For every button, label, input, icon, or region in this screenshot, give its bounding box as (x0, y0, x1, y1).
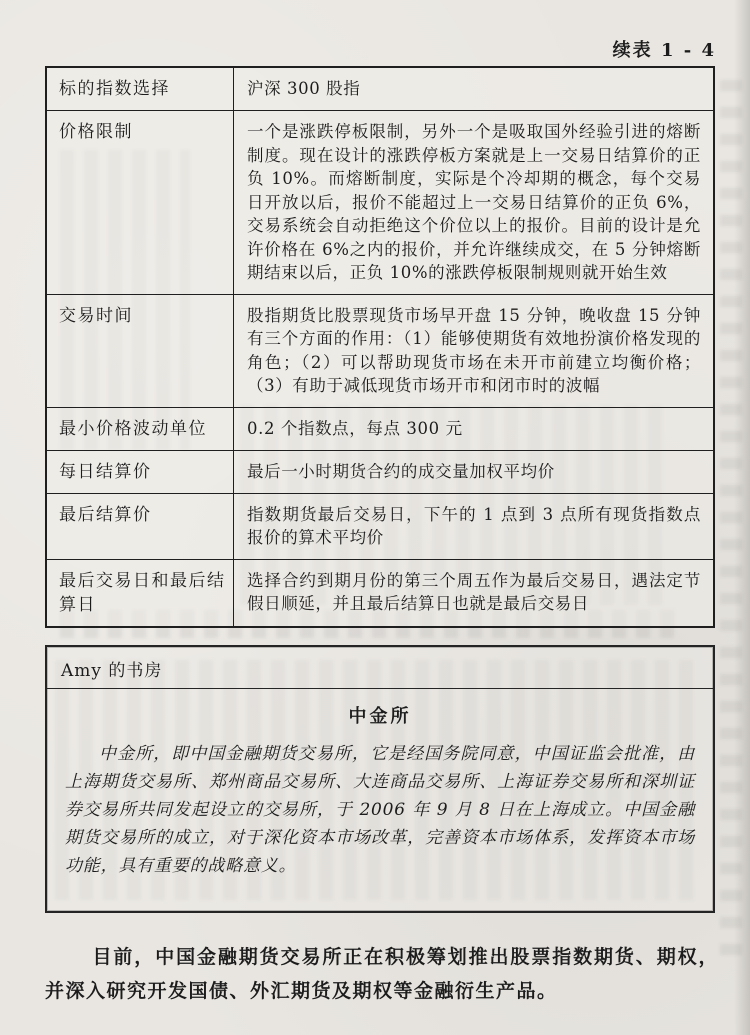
row-value: 股指期货比股票现货市场早开盘 15 分钟，晚收盘 15 分钟有三个方面的作用：（… (234, 295, 713, 407)
info-box: Amy 的书房 中金所 中金所，即中国金融期货交易所，它是经国务院同意，中国证监… (45, 645, 715, 913)
row-label: 最后交易日和最后结算日 (47, 560, 234, 626)
row-value: 指数期货最后交易日，下午的 1 点到 3 点所有现货指数点报价的算术平均价 (234, 494, 713, 559)
row-value: 一个是涨跌停板限制，另外一个是吸取国外经验引进的熔断制度。现在设计的涨跌停板方案… (234, 111, 713, 294)
row-label: 交易时间 (47, 295, 234, 407)
row-label: 价格限制 (47, 111, 234, 294)
table-row: 标的指数选择 沪深 300 股指 (47, 68, 713, 111)
book-page: 续表 1 - 4 标的指数选择 沪深 300 股指 价格限制 一个是涨跌停板限制… (0, 0, 750, 1035)
info-box-title: 中金所 (47, 702, 713, 728)
closing-paragraph: 目前，中国金融期货交易所正在积极筹划推出股票指数期货、期权，并深入研究开发国债、… (45, 940, 719, 1008)
table-row: 交易时间 股指期货比股票现货市场早开盘 15 分钟，晚收盘 15 分钟有三个方面… (47, 295, 713, 408)
row-value: 0.2 个指数点，每点 300 元 (234, 408, 713, 450)
page-edge-shading (734, 0, 750, 1035)
row-label: 最后结算价 (47, 494, 234, 559)
table-row: 最后交易日和最后结算日 选择合约到期月份的第三个周五作为最后交易日，遇法定节假日… (47, 560, 713, 626)
row-value: 沪深 300 股指 (234, 68, 713, 110)
row-label: 每日结算价 (47, 451, 234, 493)
row-value: 最后一小时期货合约的成交量加权平均价 (234, 451, 713, 493)
continued-table-label: 续表 1 - 4 (613, 36, 716, 62)
table-row: 最后结算价 指数期货最后交易日，下午的 1 点到 3 点所有现货指数点报价的算术… (47, 494, 713, 560)
table-row: 每日结算价 最后一小时期货合约的成交量加权平均价 (47, 451, 713, 494)
scan-artifact (720, 80, 742, 960)
info-box-body: 中金所，即中国金融期货交易所，它是经国务院同意，中国证监会批准，由上海期货交易所… (47, 728, 713, 880)
contract-spec-table: 标的指数选择 沪深 300 股指 价格限制 一个是涨跌停板限制，另外一个是吸取国… (45, 66, 715, 628)
info-box-header: Amy 的书房 (47, 647, 713, 689)
table-row: 最小价格波动单位 0.2 个指数点，每点 300 元 (47, 408, 713, 451)
table-row: 价格限制 一个是涨跌停板限制，另外一个是吸取国外经验引进的熔断制度。现在设计的涨… (47, 111, 713, 295)
row-value: 选择合约到期月份的第三个周五作为最后交易日，遇法定节假日顺延，并且最后结算日也就… (234, 560, 713, 626)
row-label: 最小价格波动单位 (47, 408, 234, 450)
row-label: 标的指数选择 (47, 68, 234, 110)
